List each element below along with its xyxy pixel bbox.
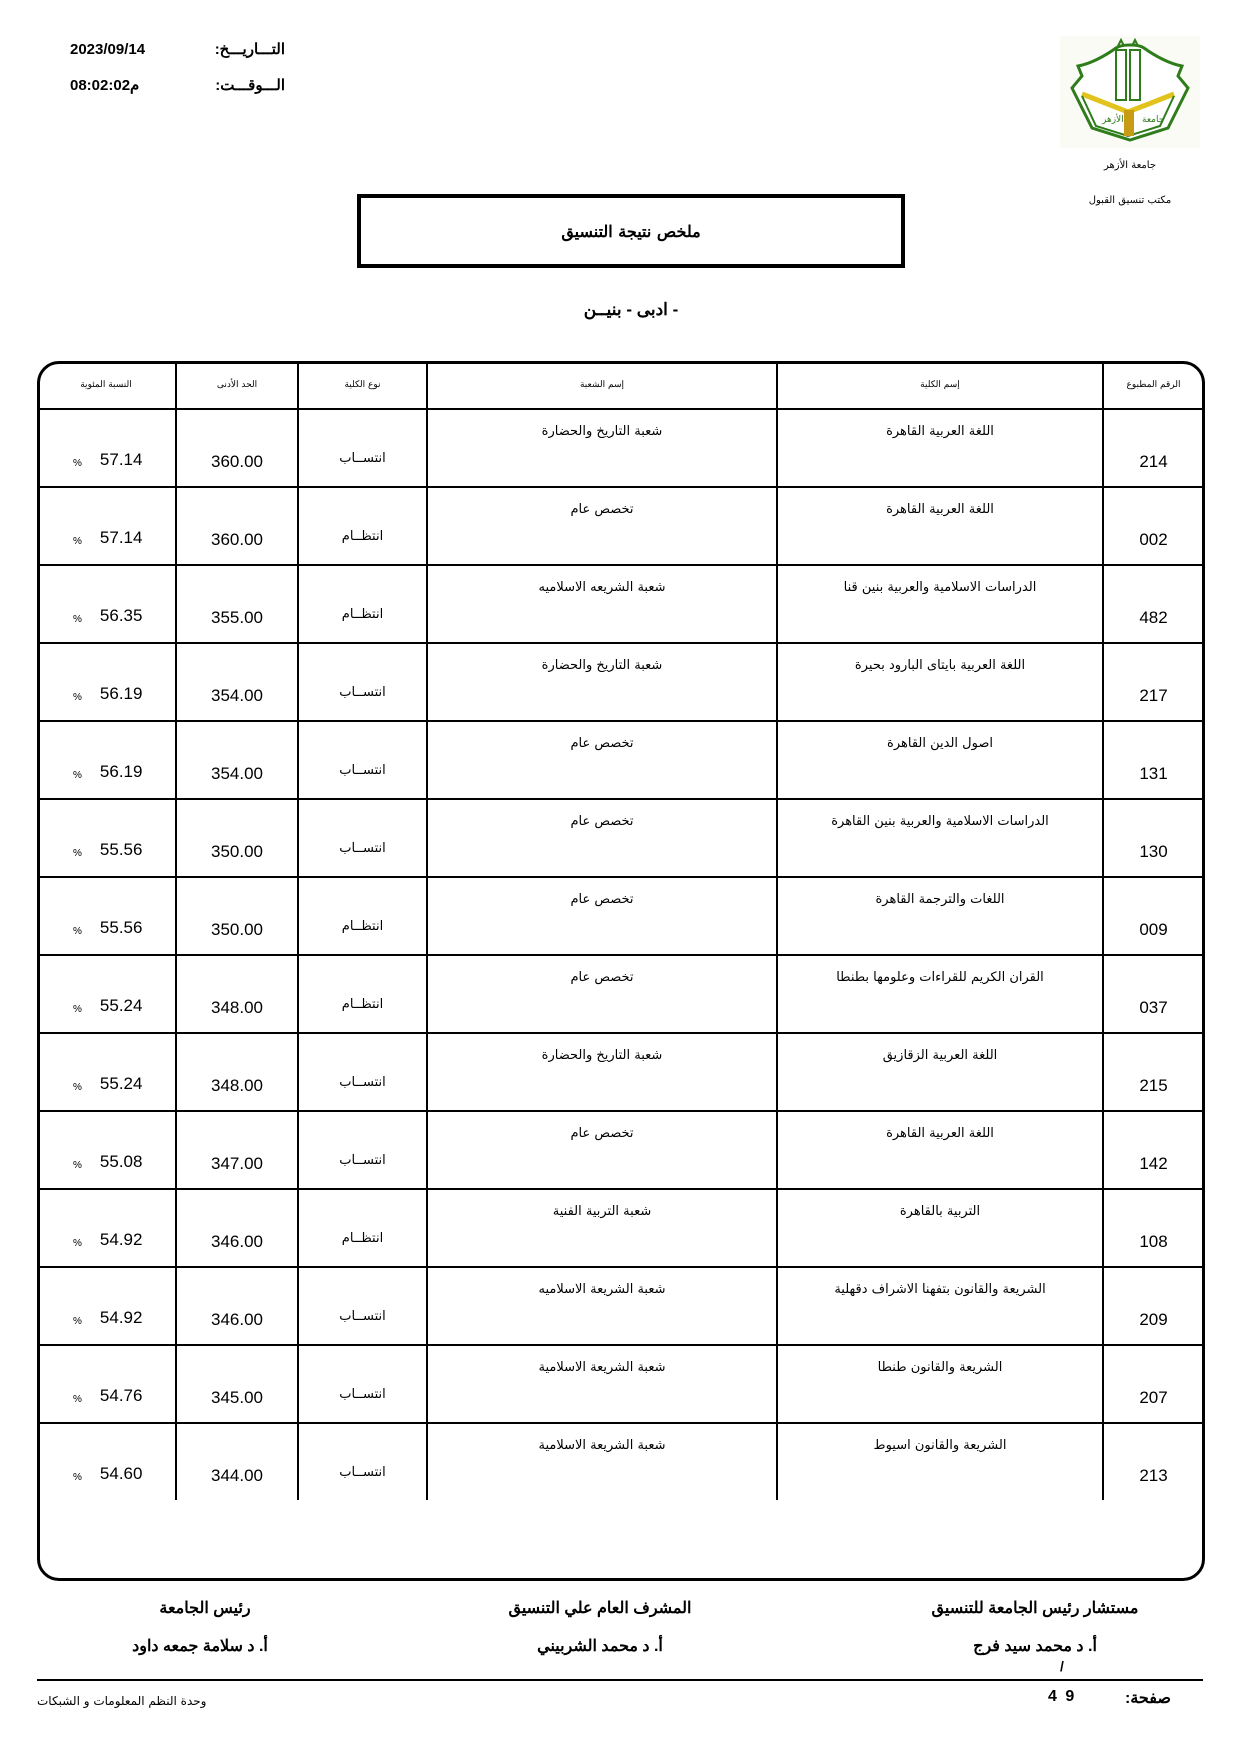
college-value: اللغة العربية الزقازيق — [778, 1034, 1102, 1063]
table-row: %56.19354.00انتســابتخصص عاماصول الدين ا… — [37, 721, 1203, 799]
min-score-value: 350.00 — [177, 842, 297, 876]
min-score-value: 354.00 — [177, 686, 297, 720]
cell-type: انتظــام — [298, 955, 427, 1033]
min-score-value: 360.00 — [177, 452, 297, 486]
signature-name-2: أ. د محمد الشربيني — [520, 1636, 680, 1656]
percentage-value: 57.14 — [100, 450, 143, 470]
cell-min-score: 354.00 — [176, 643, 298, 721]
table-row: %54.76345.00انتســابشعبة الشريعة الاسلام… — [37, 1345, 1203, 1423]
cell-percentage: %57.14 — [37, 487, 176, 565]
cell-type: انتســاب — [298, 643, 427, 721]
cell-division: تخصص عام — [427, 877, 777, 955]
min-score-value: 360.00 — [177, 530, 297, 564]
cell-code: 217 — [1103, 643, 1203, 721]
min-score-value: 344.00 — [177, 1466, 297, 1500]
percentage-value: 55.56 — [100, 918, 143, 938]
percentage-value: 54.92 — [100, 1308, 143, 1328]
cell-min-score: 345.00 — [176, 1345, 298, 1423]
cell-code: 002 — [1103, 487, 1203, 565]
cell-code: 108 — [1103, 1189, 1203, 1267]
percent-sign: % — [73, 1394, 82, 1405]
cell-percentage: %56.19 — [37, 721, 176, 799]
cell-division: شعبة التاريخ والحضارة — [427, 409, 777, 487]
division-value: تخصص عام — [428, 800, 776, 829]
col-header-percentage: النسبة المئوية — [37, 361, 176, 409]
cell-min-score: 346.00 — [176, 1267, 298, 1345]
signature-title-2: المشرف العام علي التنسيق — [500, 1598, 700, 1618]
type-value: انتســاب — [299, 1055, 426, 1090]
min-score-value: 346.00 — [177, 1310, 297, 1344]
min-score-value: 354.00 — [177, 764, 297, 798]
cell-code: 142 — [1103, 1111, 1203, 1189]
cell-min-score: 354.00 — [176, 721, 298, 799]
percentage-value: 54.60 — [100, 1464, 143, 1484]
cell-division: شعبة التربية الفنية — [427, 1189, 777, 1267]
cell-division: شعبة التاريخ والحضارة — [427, 1033, 777, 1111]
cell-college: الدراسات الاسلامية والعربية بنين القاهرة — [777, 799, 1103, 877]
percentage-value: 54.76 — [100, 1386, 143, 1406]
percent-sign: % — [73, 848, 82, 859]
cell-division: تخصص عام — [427, 721, 777, 799]
min-score-value: 345.00 — [177, 1388, 297, 1422]
cell-min-score: 344.00 — [176, 1423, 298, 1500]
svg-text:جامعة: جامعة — [1142, 115, 1164, 125]
page-number: 4 9 — [1048, 1688, 1076, 1706]
table-row: %57.14360.00انتســابشعبة التاريخ والحضار… — [37, 409, 1203, 487]
cell-code: 130 — [1103, 799, 1203, 877]
type-value: انتســاب — [299, 1367, 426, 1402]
col-header-college: إسم الكلية — [777, 361, 1103, 409]
col-header-min-score: الحد الأدنى — [176, 361, 298, 409]
cell-college: الشريعة والقانون طنطا — [777, 1345, 1103, 1423]
cell-college: الشريعة والقانون اسيوط — [777, 1423, 1103, 1500]
signature-title-3: رئيس الجامعة — [140, 1598, 270, 1618]
percent-sign: % — [73, 458, 82, 469]
division-value: شعبة الشريعة الاسلامية — [428, 1424, 776, 1453]
cell-min-score: 360.00 — [176, 409, 298, 487]
division-value: شعبة الشريعة الاسلاميه — [428, 1268, 776, 1297]
code-value: 209 — [1104, 1310, 1203, 1344]
cell-min-score: 350.00 — [176, 877, 298, 955]
table-row: %57.14360.00انتظــامتخصص عاماللغة العربي… — [37, 487, 1203, 565]
division-value: شعبة التاريخ والحضارة — [428, 644, 776, 673]
table-row: %55.24348.00انتســابشعبة التاريخ والحضار… — [37, 1033, 1203, 1111]
percent-sign: % — [73, 614, 82, 625]
cell-percentage: %55.08 — [37, 1111, 176, 1189]
svg-text:الأزهر: الأزهر — [1101, 113, 1124, 125]
table-row: %56.19354.00انتســابشعبة التاريخ والحضار… — [37, 643, 1203, 721]
code-value: 002 — [1104, 530, 1203, 564]
code-value: 037 — [1104, 998, 1203, 1032]
cell-division: تخصص عام — [427, 487, 777, 565]
time-row: م08:02:02 الـــوقـــت: — [70, 72, 285, 98]
table-row: %55.24348.00انتظــامتخصص عامالقران الكري… — [37, 955, 1203, 1033]
time-label: الـــوقـــت: — [215, 76, 285, 94]
date-label: التـــاريـــخ: — [215, 40, 285, 58]
cell-college: اللغات والترجمة القاهرة — [777, 877, 1103, 955]
cell-type: انتســاب — [298, 1033, 427, 1111]
cell-college: اللغة العربية القاهرة — [777, 409, 1103, 487]
cell-code: 207 — [1103, 1345, 1203, 1423]
code-value: 215 — [1104, 1076, 1203, 1110]
cell-code: 482 — [1103, 565, 1203, 643]
office-name: مكتب تنسيق القبول — [1040, 195, 1220, 206]
min-score-value: 346.00 — [177, 1232, 297, 1266]
cell-min-score: 346.00 — [176, 1189, 298, 1267]
cell-percentage: %55.24 — [37, 955, 176, 1033]
code-value: 214 — [1104, 452, 1203, 486]
cell-college: التربية بالقاهرة — [777, 1189, 1103, 1267]
code-value: 009 — [1104, 920, 1203, 954]
code-value: 207 — [1104, 1388, 1203, 1422]
college-value: القران الكريم للقراءات وعلومها بطنطا — [778, 956, 1102, 985]
signature-name-1: أ. د محمد سيد فرج — [960, 1636, 1110, 1656]
cell-college: الشريعة والقانون بتفهنا الاشراف دقهلية — [777, 1267, 1103, 1345]
time-value: م08:02:02 — [70, 76, 139, 94]
cell-college: اللغة العربية القاهرة — [777, 487, 1103, 565]
code-value: 142 — [1104, 1154, 1203, 1188]
table-row: %54.92346.00انتســابشعبة الشريعة الاسلام… — [37, 1267, 1203, 1345]
cell-code: 209 — [1103, 1267, 1203, 1345]
cell-college: القران الكريم للقراءات وعلومها بطنطا — [777, 955, 1103, 1033]
division-value: تخصص عام — [428, 722, 776, 751]
cell-code: 214 — [1103, 409, 1203, 487]
min-score-value: 348.00 — [177, 998, 297, 1032]
percent-sign: % — [73, 1160, 82, 1171]
results-table: النسبة المئوية الحد الأدنى نوع الكلية إس… — [37, 361, 1203, 1500]
cell-type: انتســاب — [298, 1345, 427, 1423]
code-value: 131 — [1104, 764, 1203, 798]
cell-percentage: %55.56 — [37, 877, 176, 955]
page-label: صفحة: — [1125, 1688, 1171, 1708]
table-header-row: النسبة المئوية الحد الأدنى نوع الكلية إس… — [37, 361, 1203, 409]
college-value: اللغة العربية بايتاى البارود بحيرة — [778, 644, 1102, 673]
cell-min-score: 355.00 — [176, 565, 298, 643]
type-value: انتظــام — [299, 899, 426, 934]
signature-name-3: أ. د سلامة جمعه داود — [110, 1636, 290, 1656]
cell-percentage: %54.92 — [37, 1267, 176, 1345]
cell-college: اللغة العربية بايتاى البارود بحيرة — [777, 643, 1103, 721]
college-value: الدراسات الاسلامية والعربية بنين قنا — [778, 566, 1102, 595]
table-row: %55.56350.00انتظــامتخصص عاماللغات والتر… — [37, 877, 1203, 955]
cell-percentage: %54.92 — [37, 1189, 176, 1267]
cell-type: انتظــام — [298, 877, 427, 955]
signature-title-1: مستشار رئيس الجامعة للتنسيق — [925, 1598, 1145, 1618]
cell-percentage: %54.60 — [37, 1423, 176, 1500]
university-name: جامعة الأزهر — [1040, 160, 1220, 171]
college-value: التربية بالقاهرة — [778, 1190, 1102, 1219]
page-subtitle: - ادبى - بنيــن — [357, 300, 905, 320]
cell-code: 009 — [1103, 877, 1203, 955]
type-value: انتظــام — [299, 1211, 426, 1246]
col-header-code: الرقم المطبوع — [1103, 361, 1203, 409]
min-score-value: 347.00 — [177, 1154, 297, 1188]
college-value: الشريعة والقانون طنطا — [778, 1346, 1102, 1375]
percentage-value: 55.08 — [100, 1152, 143, 1172]
college-value: الشريعة والقانون اسيوط — [778, 1424, 1102, 1453]
type-value: انتســاب — [299, 1133, 426, 1168]
cell-min-score: 348.00 — [176, 1033, 298, 1111]
cell-division: تخصص عام — [427, 955, 777, 1033]
col-header-type: نوع الكلية — [298, 361, 427, 409]
min-score-value: 355.00 — [177, 608, 297, 642]
college-value: الشريعة والقانون بتفهنا الاشراف دقهلية — [778, 1268, 1102, 1297]
type-value: انتســاب — [299, 665, 426, 700]
cell-type: انتظــام — [298, 565, 427, 643]
cell-division: تخصص عام — [427, 1111, 777, 1189]
cell-percentage: %57.14 — [37, 409, 176, 487]
cell-type: انتظــام — [298, 487, 427, 565]
cell-code: 037 — [1103, 955, 1203, 1033]
cell-division: شعبة الشريعة الاسلامية — [427, 1345, 777, 1423]
code-value: 482 — [1104, 608, 1203, 642]
cell-percentage: %56.19 — [37, 643, 176, 721]
college-value: الدراسات الاسلامية والعربية بنين القاهرة — [778, 800, 1102, 829]
cell-min-score: 347.00 — [176, 1111, 298, 1189]
cell-min-score: 360.00 — [176, 487, 298, 565]
cell-type: انتســاب — [298, 409, 427, 487]
cell-college: اللغة العربية الزقازيق — [777, 1033, 1103, 1111]
page-slash: / — [1060, 1658, 1064, 1674]
percent-sign: % — [73, 1316, 82, 1327]
footer-unit: وحدة النظم المعلومات و الشبكات — [37, 1694, 206, 1708]
cell-type: انتظــام — [298, 1189, 427, 1267]
cell-min-score: 348.00 — [176, 955, 298, 1033]
division-value: شعبة الشريعه الاسلاميه — [428, 566, 776, 595]
division-value: تخصص عام — [428, 956, 776, 985]
code-value: 130 — [1104, 842, 1203, 876]
cell-percentage: %56.35 — [37, 565, 176, 643]
date-value: 2023/09/14 — [70, 41, 145, 58]
percentage-value: 57.14 — [100, 528, 143, 548]
table-row: %55.56350.00انتســابتخصص عامالدراسات الا… — [37, 799, 1203, 877]
cell-division: شعبة الشريعة الاسلامية — [427, 1423, 777, 1500]
col-header-division: إسم الشعبة — [427, 361, 777, 409]
type-value: انتســاب — [299, 431, 426, 466]
cell-college: اللغة العربية القاهرة — [777, 1111, 1103, 1189]
date-row: 2023/09/14 التـــاريـــخ: — [70, 36, 285, 62]
college-value: اللغة العربية القاهرة — [778, 1112, 1102, 1141]
percent-sign: % — [73, 692, 82, 703]
cell-type: انتســاب — [298, 799, 427, 877]
percent-sign: % — [73, 536, 82, 547]
table-row: %55.08347.00انتســابتخصص عاماللغة العربي… — [37, 1111, 1203, 1189]
type-value: انتســاب — [299, 821, 426, 856]
table-row: %54.60344.00انتســابشعبة الشريعة الاسلام… — [37, 1423, 1203, 1500]
cell-type: انتســاب — [298, 1267, 427, 1345]
cell-percentage: %55.24 — [37, 1033, 176, 1111]
division-value: شعبة الشريعة الاسلامية — [428, 1346, 776, 1375]
college-value: اللغة العربية القاهرة — [778, 488, 1102, 517]
division-value: تخصص عام — [428, 878, 776, 907]
code-value: 108 — [1104, 1232, 1203, 1266]
cell-code: 131 — [1103, 721, 1203, 799]
cell-code: 215 — [1103, 1033, 1203, 1111]
al-azhar-logo-icon: الأزهر جامعة — [1060, 36, 1200, 148]
division-value: شعبة التاريخ والحضارة — [428, 1034, 776, 1063]
cell-division: شعبة التاريخ والحضارة — [427, 643, 777, 721]
min-score-value: 348.00 — [177, 1076, 297, 1110]
cell-division: شعبة الشريعة الاسلاميه — [427, 1267, 777, 1345]
type-value: انتظــام — [299, 509, 426, 544]
division-value: تخصص عام — [428, 488, 776, 517]
percentage-value: 56.19 — [100, 762, 143, 782]
percentage-value: 55.24 — [100, 996, 143, 1016]
page-title-text: ملخص نتيجة التنسيق — [561, 222, 700, 241]
percentage-value: 55.56 — [100, 840, 143, 860]
cell-min-score: 350.00 — [176, 799, 298, 877]
table-row: %54.92346.00انتظــامشعبة التربية الفنيةا… — [37, 1189, 1203, 1267]
percentage-value: 55.24 — [100, 1074, 143, 1094]
division-value: تخصص عام — [428, 1112, 776, 1141]
cell-division: شعبة الشريعه الاسلاميه — [427, 565, 777, 643]
percent-sign: % — [73, 1004, 82, 1015]
division-value: شعبة التربية الفنية — [428, 1190, 776, 1219]
percent-sign: % — [73, 1238, 82, 1249]
cell-college: الدراسات الاسلامية والعربية بنين قنا — [777, 565, 1103, 643]
table-row: %56.35355.00انتظــامشعبة الشريعه الاسلام… — [37, 565, 1203, 643]
cell-code: 213 — [1103, 1423, 1203, 1500]
college-value: اصول الدين القاهرة — [778, 722, 1102, 751]
percentage-value: 54.92 — [100, 1230, 143, 1250]
cell-college: اصول الدين القاهرة — [777, 721, 1103, 799]
code-value: 217 — [1104, 686, 1203, 720]
percent-sign: % — [73, 770, 82, 781]
cell-percentage: %55.56 — [37, 799, 176, 877]
percent-sign: % — [73, 1082, 82, 1093]
percent-sign: % — [73, 926, 82, 937]
footer-divider — [37, 1679, 1203, 1681]
percentage-value: 56.35 — [100, 606, 143, 626]
type-value: انتظــام — [299, 587, 426, 622]
page-title: ملخص نتيجة التنسيق — [357, 194, 905, 268]
cell-percentage: %54.76 — [37, 1345, 176, 1423]
type-value: انتســاب — [299, 1445, 426, 1480]
college-value: اللغة العربية القاهرة — [778, 410, 1102, 439]
percent-sign: % — [73, 1472, 82, 1483]
type-value: انتســاب — [299, 1289, 426, 1324]
cell-type: انتســاب — [298, 1111, 427, 1189]
cell-division: تخصص عام — [427, 799, 777, 877]
percentage-value: 56.19 — [100, 684, 143, 704]
cell-type: انتســاب — [298, 1423, 427, 1500]
college-value: اللغات والترجمة القاهرة — [778, 878, 1102, 907]
type-value: انتســاب — [299, 743, 426, 778]
min-score-value: 350.00 — [177, 920, 297, 954]
cell-type: انتســاب — [298, 721, 427, 799]
type-value: انتظــام — [299, 977, 426, 1012]
code-value: 213 — [1104, 1466, 1203, 1500]
division-value: شعبة التاريخ والحضارة — [428, 410, 776, 439]
